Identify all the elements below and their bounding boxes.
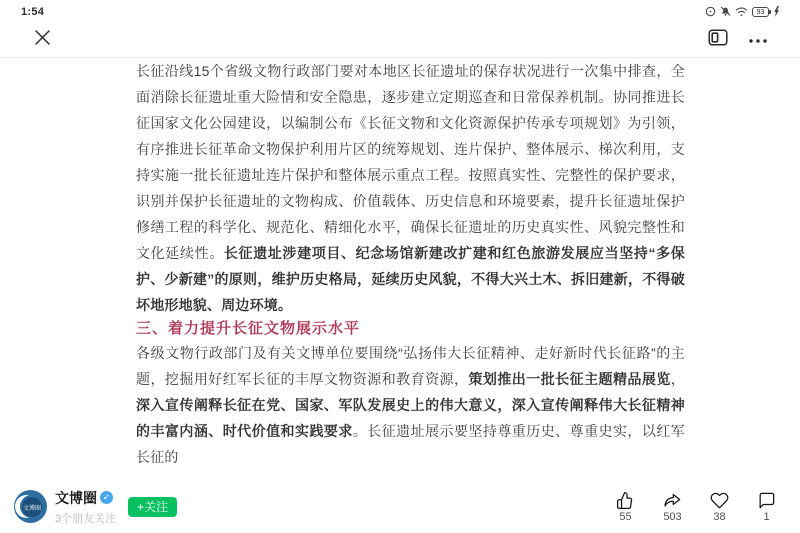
share-count: 503 xyxy=(663,511,681,523)
follow-button[interactable]: +关注 xyxy=(128,497,177,517)
thumbs-up-icon xyxy=(616,491,635,510)
avatar[interactable]: 文博圈 xyxy=(14,490,47,523)
heart-icon xyxy=(710,491,729,510)
more-button[interactable] xyxy=(746,30,770,49)
close-icon xyxy=(34,29,51,49)
floating-window-button[interactable] xyxy=(706,27,730,51)
status-bar: 1:54 93 xyxy=(0,0,800,20)
favorite-count: 38 xyxy=(713,511,725,523)
share-arrow-icon xyxy=(663,491,682,510)
floating-window-icon xyxy=(708,29,728,49)
paragraph-text: 长征沿线15个省级文物行政部门要对本地区长征遗址的保存状况进行一次集中排查，全面… xyxy=(136,63,685,261)
comment-button[interactable]: 1 xyxy=(749,491,784,523)
account-profile[interactable]: 文博圈 文博圈 ✓ 3个朋友关注 +关注 xyxy=(14,488,177,526)
bottom-bar: 文博圈 文博圈 ✓ 3个朋友关注 +关注 55 5 xyxy=(0,486,800,533)
article-paragraph: 各级文物行政部门及有关文博单位要围绕“弘扬伟大长征精神、走好新时代长征路”的主题… xyxy=(136,340,685,470)
more-icon xyxy=(748,32,768,47)
followers-note: 3个朋友关注 xyxy=(55,510,116,526)
comment-icon xyxy=(757,491,776,510)
mute-icon xyxy=(720,6,731,17)
like-button[interactable]: 55 xyxy=(608,491,643,523)
account-name[interactable]: 文博圈 xyxy=(55,488,97,508)
like-count: 55 xyxy=(619,511,631,523)
avatar-logo-text: 文博圈 xyxy=(22,497,42,517)
toolbar xyxy=(0,21,800,57)
article-paragraph: 长征沿线15个省级文物行政部门要对本地区长征遗址的保存状况进行一次集中排查，全面… xyxy=(136,58,685,318)
status-icons: 93 xyxy=(705,6,780,17)
wifi-icon xyxy=(735,6,748,17)
share-button[interactable]: 503 xyxy=(655,491,690,523)
clock-time: 1:54 xyxy=(21,6,44,18)
verified-badge-icon: ✓ xyxy=(100,491,113,504)
article-body: 长征沿线15个省级文物行政部门要对本地区长征遗址的保存状况进行一次集中排查，全面… xyxy=(136,58,685,490)
action-bar: 55 503 38 1 xyxy=(608,491,784,523)
paragraph-text: ， xyxy=(671,371,685,387)
record-icon xyxy=(705,6,716,17)
section-heading: 三、着力提升长征文物展示水平 xyxy=(136,318,685,340)
charging-icon xyxy=(773,6,780,17)
favorite-button[interactable]: 38 xyxy=(702,491,737,523)
comment-count: 1 xyxy=(763,511,769,523)
paragraph-bold-text: 策划推出一批长征主题精品展览 xyxy=(468,371,670,387)
battery-icon: 93 xyxy=(752,7,769,17)
close-button[interactable] xyxy=(32,27,53,51)
